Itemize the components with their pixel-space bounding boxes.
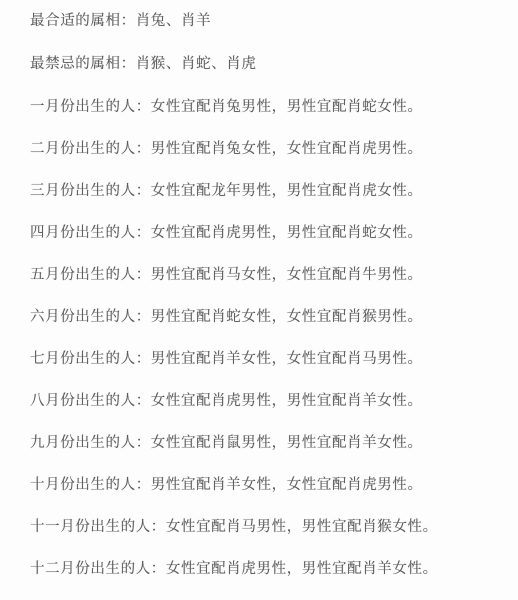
month-9-line: 九月份出生的人：女性宜配肖鼠男性，男性宜配肖羊女性。: [30, 436, 518, 451]
month-6-line: 六月份出生的人：男性宜配肖蛇女性，女性宜配肖猴男性。: [30, 310, 518, 325]
month-3-line: 三月份出生的人：女性宜配龙年男性，男性宜配肖虎女性。: [30, 184, 518, 199]
month-4-line: 四月份出生的人：女性宜配肖虎男性，男性宜配肖蛇女性。: [30, 226, 518, 241]
month-7-line: 七月份出生的人：男性宜配肖羊女性，女性宜配肖马男性。: [30, 352, 518, 367]
taboo-zodiac-line: 最禁忌的属相：肖猴、肖蛇、肖虎: [30, 57, 518, 72]
month-11-line: 十一月份出生的人：女性宜配肖马男性，男性宜配肖猴女性。: [30, 520, 518, 535]
month-12-line: 十二月份出生的人：女性宜配肖虎男性，男性宜配肖羊女性。: [30, 562, 518, 577]
month-2-line: 二月份出生的人：男性宜配肖兔女性，女性宜配肖虎男性。: [30, 142, 518, 157]
month-8-line: 八月份出生的人：女性宜配肖虎男性，男性宜配肖羊女性。: [30, 394, 518, 409]
month-10-line: 十月份出生的人：男性宜配肖羊女性，女性宜配肖虎男性。: [30, 478, 518, 493]
zodiac-compatibility-article: 最合适的属相：肖兔、肖羊 最禁忌的属相：肖猴、肖蛇、肖虎 一月份出生的人：女性宜…: [0, 0, 518, 600]
best-match-zodiac-line: 最合适的属相：肖兔、肖羊: [30, 14, 518, 29]
month-5-line: 五月份出生的人：男性宜配肖马女性，女性宜配肖牛男性。: [30, 268, 518, 283]
month-1-line: 一月份出生的人：女性宜配肖兔男性，男性宜配肖蛇女性。: [30, 100, 518, 115]
